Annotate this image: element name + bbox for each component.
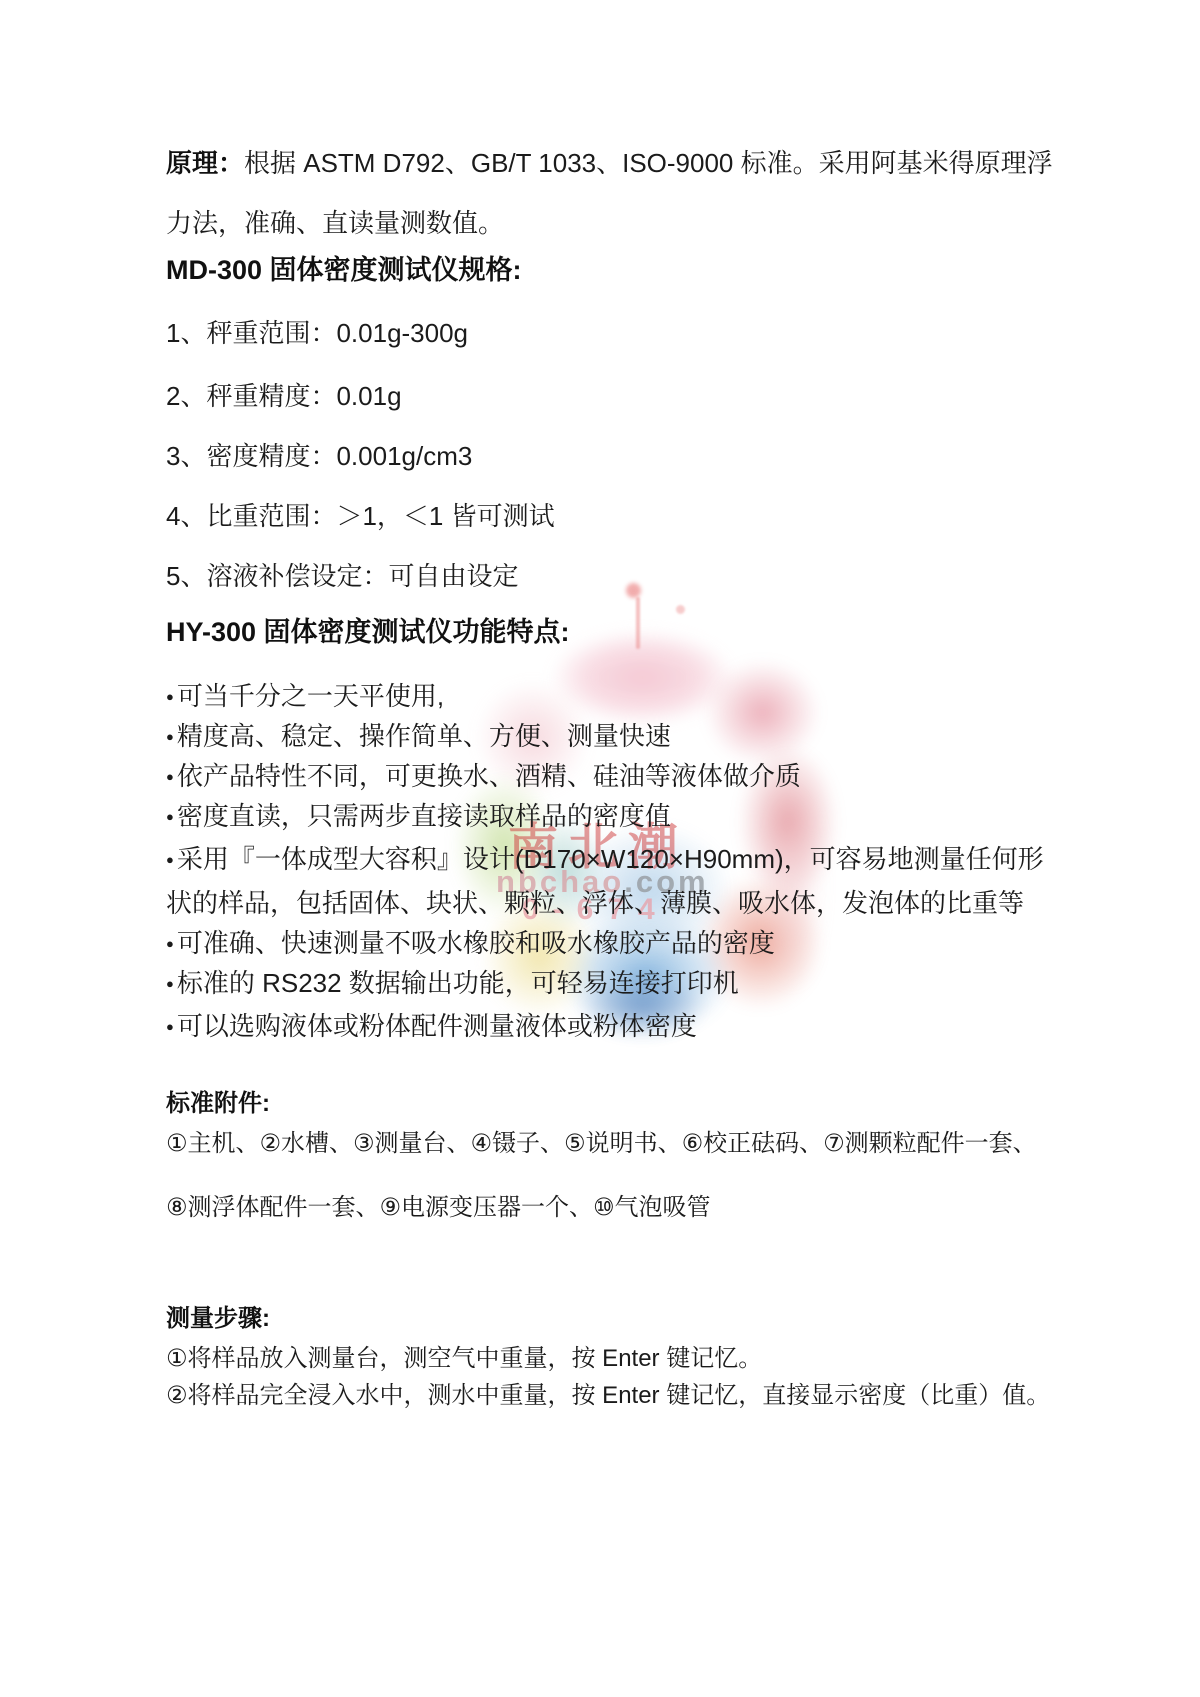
step-line-1: ①将样品放入测量台，测空气中重量，按 Enter 键记忆。 xyxy=(166,1345,762,1373)
feature-item: ●可当千分之一天平使用, xyxy=(166,682,444,712)
bullet-icon: ● xyxy=(166,689,174,704)
features-heading: HY-300 固体密度测试仪功能特点: xyxy=(166,617,570,648)
step-line-2: ②将样品完全浸入水中，测水中重量，按 Enter 键记忆，直接显示密度（比重）值… xyxy=(166,1382,1050,1410)
specs-heading: MD-300 固体密度测试仪规格: xyxy=(166,255,522,286)
bullet-icon: ● xyxy=(166,769,174,784)
bullet-icon: ● xyxy=(166,852,174,867)
spec-item-3: 3、密度精度：0.001g/cm3 xyxy=(166,442,472,472)
spec-item-2: 2、秤重精度：0.01g xyxy=(166,382,402,412)
principle-line-1: 原理：根据 ASTM D792、GB/T 1033、ISO-9000 标准。采用… xyxy=(166,149,1053,179)
bullet-icon: ● xyxy=(166,936,174,951)
bullet-icon: ● xyxy=(166,809,174,824)
accessories-heading: 标准附件: xyxy=(166,1090,270,1118)
feature-item: ●可准确、快速测量不吸水橡胶和吸水橡胶产品的密度 xyxy=(166,929,775,959)
bullet-icon: ● xyxy=(166,976,174,991)
accessories-line-1: ①主机、②水槽、③测量台、④镊子、⑤说明书、⑥校正砝码、⑦测颗粒配件一套、 xyxy=(166,1130,1037,1158)
document-content: 原理：根据 ASTM D792、GB/T 1033、ISO-9000 标准。采用… xyxy=(0,0,1200,1697)
principle-text: 根据 ASTM D792、GB/T 1033、ISO-9000 标准。采用阿基米… xyxy=(244,148,1053,178)
feature-item: ●精度高、稳定、操作简单、方便、测量快速 xyxy=(166,722,671,752)
principle-label: 原理： xyxy=(166,148,244,178)
feature-item-wrap: 状的样品，包括固体、块状、颗粒、浮体、薄膜、吸水体，发泡体的比重等 xyxy=(166,889,1024,919)
feature-item: ●可以选购液体或粉体配件测量液体或粉体密度 xyxy=(166,1012,697,1042)
accessories-line-2: ⑧测浮体配件一套、⑨电源变压器一个、⑩气泡吸管 xyxy=(166,1194,711,1222)
bullet-icon: ● xyxy=(166,1019,174,1034)
spec-item-1: 1、秤重范围：0.01g-300g xyxy=(166,319,468,349)
feature-item: ●依产品特性不同，可更换水、酒精、硅油等液体做介质 xyxy=(166,762,801,792)
principle-line-2: 力法，准确、直读量测数值。 xyxy=(166,209,504,239)
spec-item-4: 4、比重范围：＞1，＜1 皆可测试 xyxy=(166,502,555,532)
feature-item: ●标准的 RS232 数据输出功能，可轻易连接打印机 xyxy=(166,969,739,999)
bullet-icon: ● xyxy=(166,729,174,744)
feature-item: ●采用『一体成型大容积』设计(D170×W120×H90mm)，可容易地测量任何… xyxy=(166,845,1044,875)
feature-item: ●密度直读，只需两步直接读取样品的密度值 xyxy=(166,802,671,832)
document-page: 南北潮 nbchao.com 0-674 原理：根据 ASTM D792、GB/… xyxy=(0,0,1200,1697)
steps-heading: 测量步骤: xyxy=(166,1305,270,1333)
spec-item-5: 5、溶液补偿设定：可自由设定 xyxy=(166,562,518,592)
